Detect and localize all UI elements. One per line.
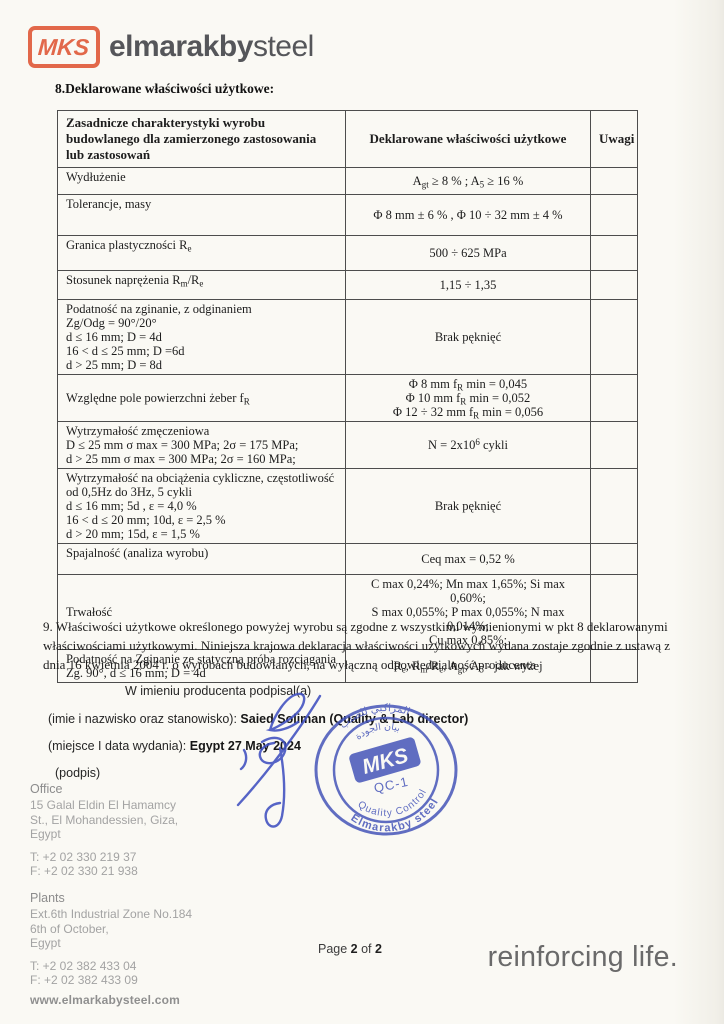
table-row: Stosunek naprężenia Rm/Re1,15 ÷ 1,35 bbox=[58, 271, 638, 300]
table-row: Granica plastyczności Re500 ÷ 625 MPa bbox=[58, 236, 638, 271]
contact-line: T: +2 02 330 219 37 bbox=[30, 850, 192, 864]
table-row: Podatność na zginanie, z odginaniemZg/Od… bbox=[58, 300, 638, 375]
cell-remarks bbox=[591, 195, 638, 236]
office-title: Office bbox=[30, 782, 192, 797]
website-text: www.elmarkabysteel.com bbox=[30, 993, 192, 1007]
cell-characteristic: Tolerancje, masy bbox=[58, 195, 346, 236]
header-characteristics: Zasadnicze charakterystyki wyrobu budowl… bbox=[58, 111, 346, 168]
handwritten-signature bbox=[200, 668, 350, 853]
cell-characteristic: Granica plastyczności Re bbox=[58, 236, 346, 271]
cell-characteristic: Wydłużenie bbox=[58, 168, 346, 195]
cell-declared-value: N = 2x106 cykli bbox=[346, 422, 591, 469]
cell-remarks bbox=[591, 469, 638, 544]
section8-heading: 8.Deklarowane właściwości użytkowe: bbox=[55, 81, 274, 97]
table-row: Wytrzymałość zmęczeniowaD ≤ 25 mm σ max … bbox=[58, 422, 638, 469]
table-row: Tolerancje, masyΦ 8 mm ± 6 % , Φ 10 ÷ 32… bbox=[58, 195, 638, 236]
cell-declared-value: Φ 8 mm ± 6 % , Φ 10 ÷ 32 mm ± 4 % bbox=[346, 195, 591, 236]
page-of: of bbox=[358, 942, 375, 956]
contact-line: 6th of October, bbox=[30, 922, 192, 937]
place-label: (miejsce I data wydania): bbox=[48, 739, 190, 753]
declared-table-body: WydłużenieAgt ≥ 8 % ; A5 ≥ 16 %Tolerancj… bbox=[58, 168, 638, 683]
contact-line: F: +2 02 382 433 09 bbox=[30, 973, 192, 987]
table-row: Względne pole powierzchni żeber fRΦ 8 mm… bbox=[58, 375, 638, 422]
cell-declared-value: Ceq max = 0,52 % bbox=[346, 544, 591, 575]
declared-properties-table: Zasadnicze charakterystyki wyrobu budowl… bbox=[57, 110, 638, 683]
page-current: 2 bbox=[351, 942, 358, 956]
wordmark-bold: elmarakby bbox=[109, 30, 253, 63]
mks-logo: MKS bbox=[28, 26, 100, 68]
brand-header: MKS elmarakbysteel bbox=[28, 26, 314, 68]
cell-remarks bbox=[591, 236, 638, 271]
contact-line: 15 Galal Eldin El Hamamcy bbox=[30, 798, 192, 813]
office-address: 15 Galal Eldin El HamamcySt., El Mohande… bbox=[30, 798, 192, 842]
plants-address: Ext.6th Industrial Zone No.1846th of Oct… bbox=[30, 907, 192, 951]
cell-characteristic: Stosunek naprężenia Rm/Re bbox=[58, 271, 346, 300]
signature-stroke-tick bbox=[241, 750, 246, 769]
cell-declared-value: Brak pęknięć bbox=[346, 469, 591, 544]
page-total: 2 bbox=[375, 942, 382, 956]
page-number: Page 2 of 2 bbox=[318, 942, 382, 956]
table-row: Wytrzymałość na obciążenia cykliczne, cz… bbox=[58, 469, 638, 544]
scanned-document-page: MKS elmarakbysteel 8.Deklarowane właściw… bbox=[0, 0, 724, 1024]
plants-phones: T: +2 02 382 433 04F: +2 02 382 433 09 bbox=[30, 959, 192, 987]
contact-block: Office 15 Galal Eldin El HamamcySt., El … bbox=[30, 782, 192, 1007]
stamp-arabic-inner: بيان الجودة bbox=[352, 717, 404, 743]
cell-declared-value: Brak pęknięć bbox=[346, 300, 591, 375]
contact-line: Egypt bbox=[30, 936, 192, 951]
table-header-row: Zasadnicze charakterystyki wyrobu budowl… bbox=[58, 111, 638, 168]
cell-remarks bbox=[591, 271, 638, 300]
contact-line: Ext.6th Industrial Zone No.184 bbox=[30, 907, 192, 922]
contact-line: F: +2 02 330 21 938 bbox=[30, 864, 192, 878]
cell-characteristic: Spajalność (analiza wyrobu) bbox=[58, 544, 346, 575]
cell-characteristic: Podatność na zginanie, z odginaniemZg/Od… bbox=[58, 300, 346, 375]
cell-remarks bbox=[591, 168, 638, 195]
cell-declared-value: Agt ≥ 8 % ; A5 ≥ 16 % bbox=[346, 168, 591, 195]
signature-stroke-loop bbox=[270, 694, 304, 731]
cell-declared-value: Φ 8 mm fR min = 0,045Φ 10 mm fR min = 0,… bbox=[346, 375, 591, 422]
cell-remarks bbox=[591, 300, 638, 375]
table-row: Spajalność (analiza wyrobu)Ceq max = 0,5… bbox=[58, 544, 638, 575]
contact-line: St., El Mohandessien, Giza, bbox=[30, 813, 192, 828]
page-prefix: Page bbox=[318, 942, 351, 956]
mks-logo-text: MKS bbox=[37, 34, 90, 61]
contact-line: Egypt bbox=[30, 827, 192, 842]
table-row: WydłużenieAgt ≥ 8 % ; A5 ≥ 16 % bbox=[58, 168, 638, 195]
cell-characteristic: Wytrzymałość zmęczeniowaD ≤ 25 mm σ max … bbox=[58, 422, 346, 469]
header-remarks: Uwagi bbox=[591, 111, 638, 168]
cell-declared-value: 500 ÷ 625 MPa bbox=[346, 236, 591, 271]
cell-remarks bbox=[591, 544, 638, 575]
wordmark-light: steel bbox=[253, 30, 314, 63]
header-declared: Deklarowane właściwości użytkowe bbox=[346, 111, 591, 168]
cell-remarks bbox=[591, 422, 638, 469]
plants-title: Plants bbox=[30, 891, 192, 906]
brand-tagline: reinforcing life. bbox=[488, 941, 678, 974]
section9-paragraph: 9. Właściwości użytkowe określonego powy… bbox=[43, 617, 693, 674]
cell-declared-value: 1,15 ÷ 1,35 bbox=[346, 271, 591, 300]
cell-characteristic: Względne pole powierzchni żeber fR bbox=[58, 375, 346, 422]
brand-wordmark: elmarakbysteel bbox=[109, 30, 314, 64]
office-phones: T: +2 02 330 219 37F: +2 02 330 21 938 bbox=[30, 850, 192, 878]
contact-line: T: +2 02 382 433 04 bbox=[30, 959, 192, 973]
cell-remarks bbox=[591, 375, 638, 422]
cell-characteristic: Wytrzymałość na obciążenia cykliczne, cz… bbox=[58, 469, 346, 544]
